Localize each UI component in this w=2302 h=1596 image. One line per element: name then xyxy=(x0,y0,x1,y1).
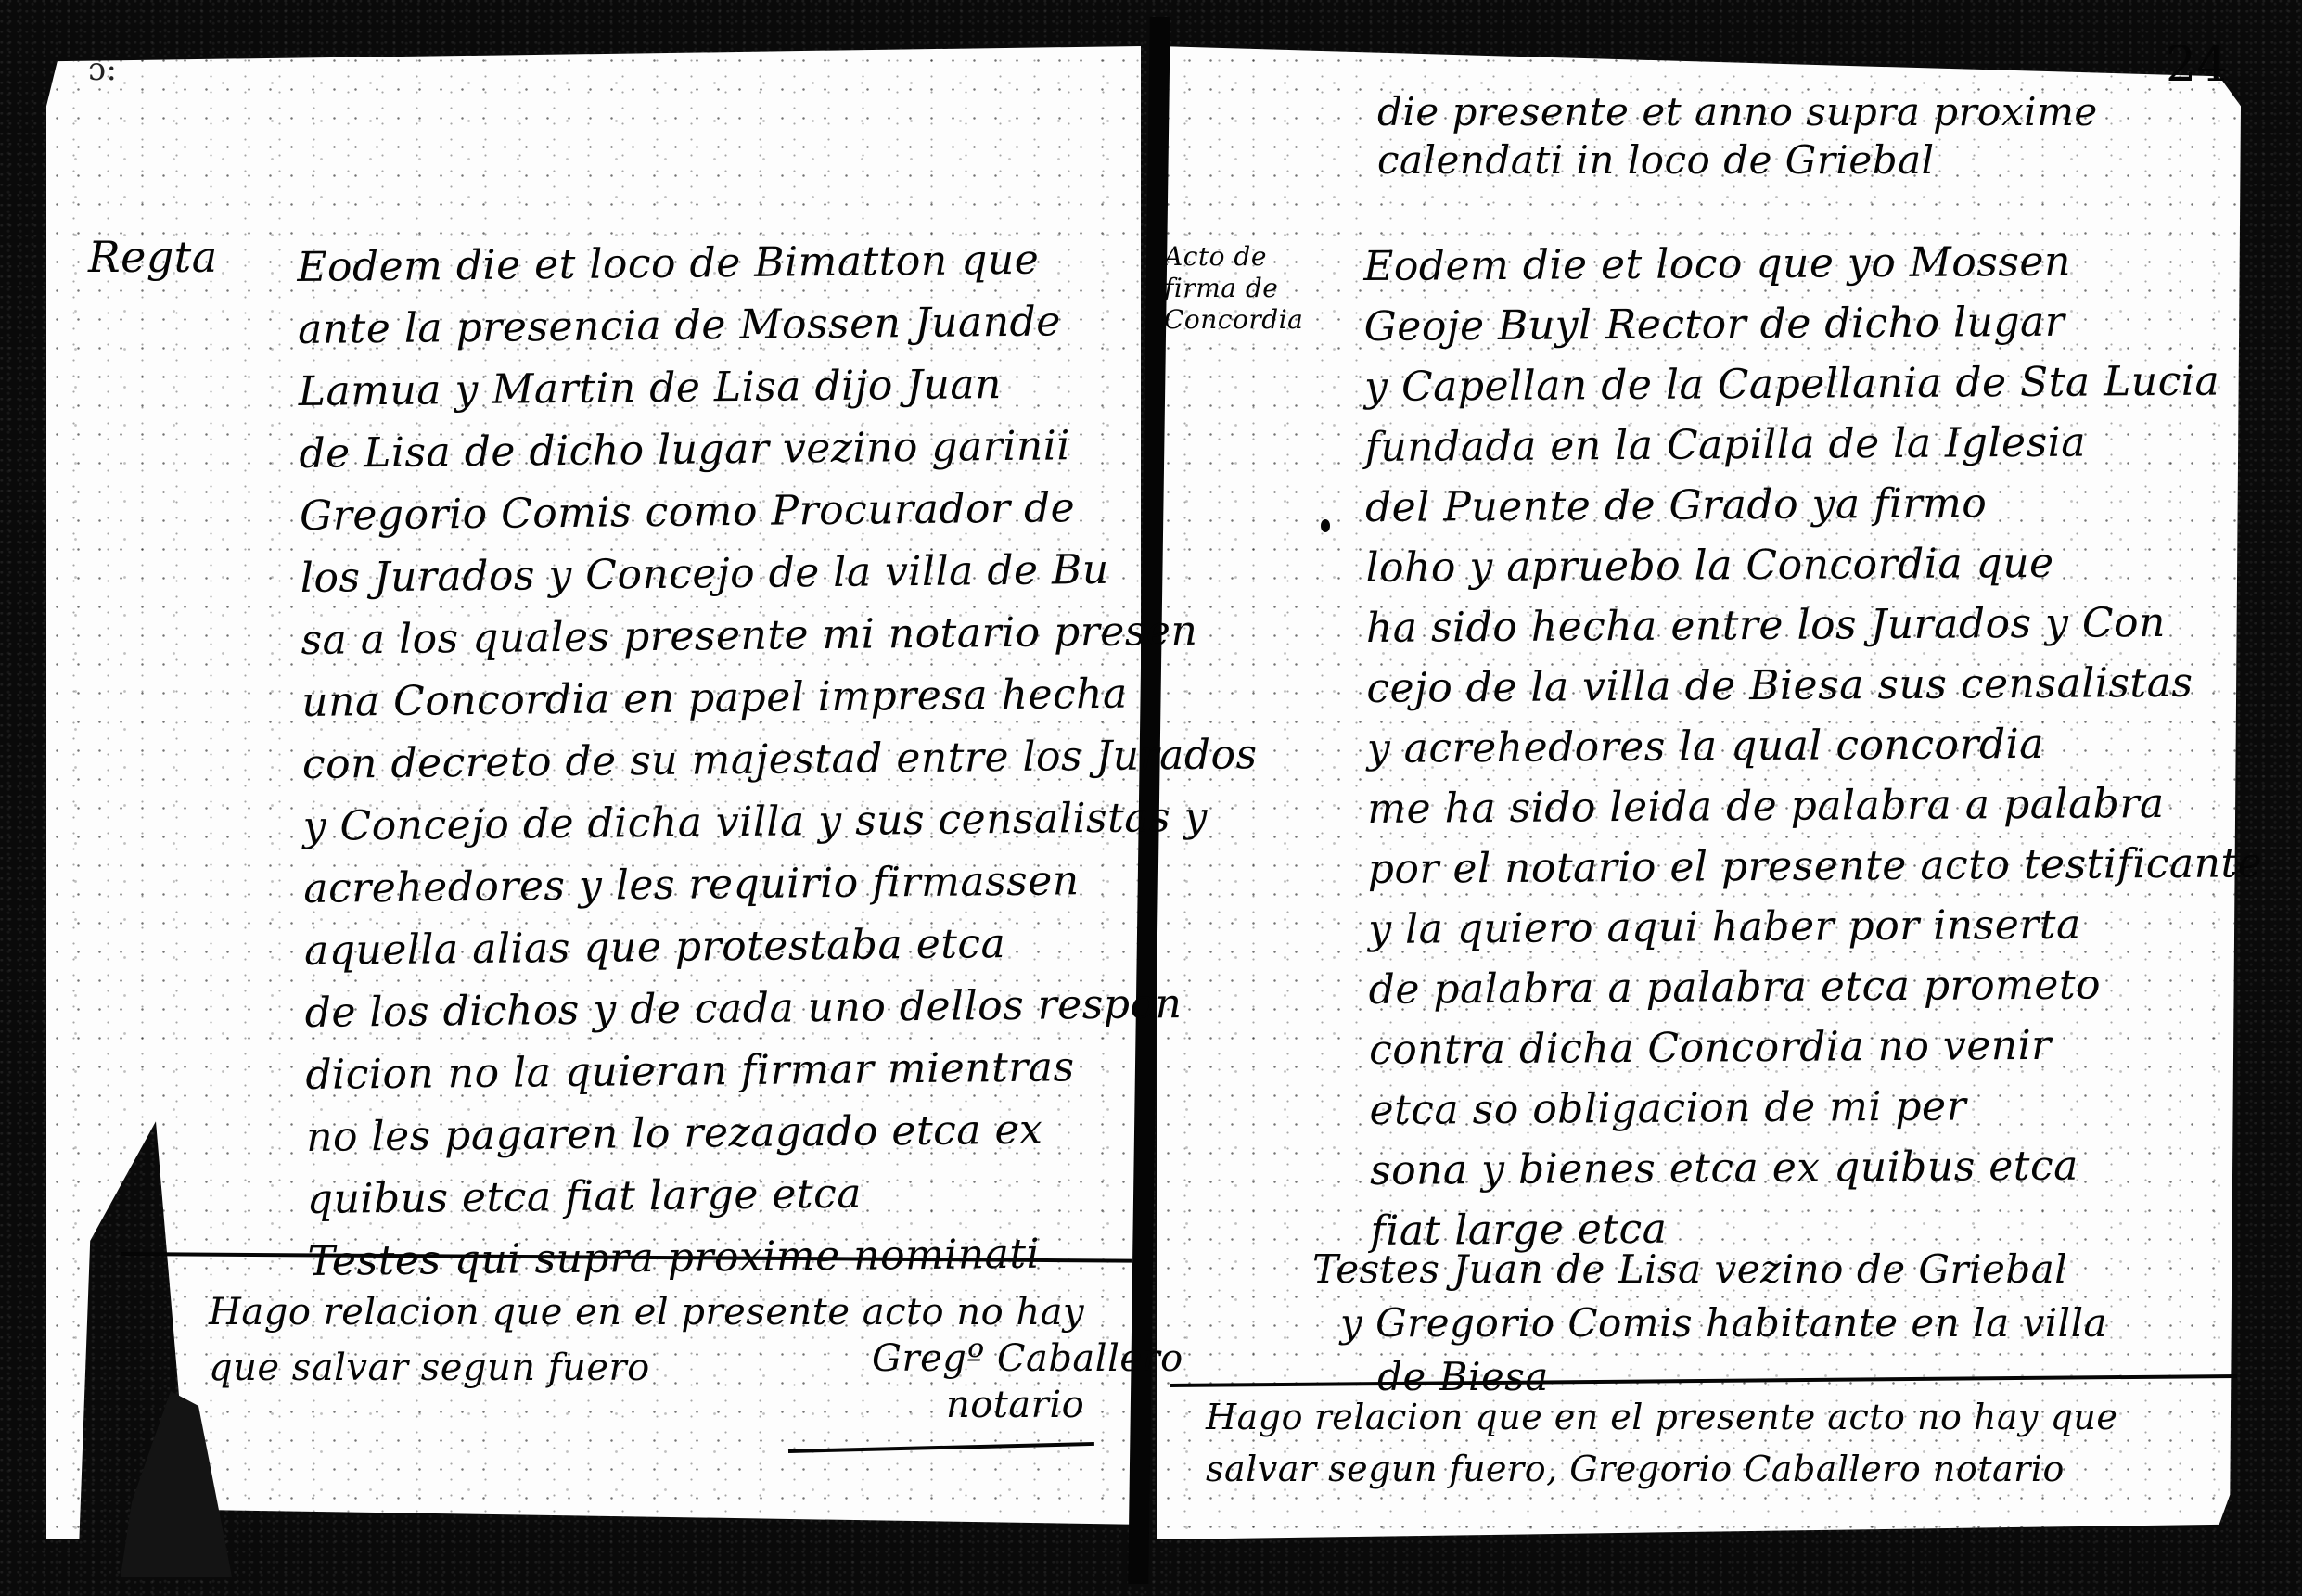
text-line: cejo de la villa de Biesa sus censalista… xyxy=(1366,652,2261,719)
ink-blot xyxy=(1321,519,1330,532)
text-line: con decreto de su majestad entre los Jur… xyxy=(302,723,1258,796)
text-line: y acrehedores la qual concordia xyxy=(1367,712,2262,779)
text-line: me ha sido leida de palabra a palabra xyxy=(1367,772,2262,839)
text-line: aquella alias que protestaba etca xyxy=(304,910,1260,982)
text-line: calendati in loco de Griebal xyxy=(1377,136,2098,185)
text-line: y Concejo de dicha villa y sus censalist… xyxy=(302,785,1258,858)
text-line: contra dicha Concordia no venir xyxy=(1369,1014,2264,1080)
text-line: Testes Juan de Lisa vezino de Griebal xyxy=(1312,1243,2107,1296)
text-line: sa a los quales presente mi notario pres… xyxy=(301,599,1256,671)
text-line: de los dichos y de cada uno dellos respo… xyxy=(304,972,1260,1044)
text-line: Acto de xyxy=(1164,241,1303,273)
text-line: Gregorio Comis como Procurador de xyxy=(300,475,1255,547)
text-line: Geoje Buyl Rector de dicho lugar xyxy=(1363,290,2258,357)
text-line: etca so obligacion de mi per xyxy=(1369,1074,2264,1141)
text-line: y Capellan de la Capellania de Sta Lucia xyxy=(1364,351,2259,417)
text-line: de Lisa de dicho lugar vezino garinii xyxy=(299,413,1254,485)
text-line: los Jurados y Concejo de la villa de Bu xyxy=(301,537,1256,609)
text-line: Hago relacion que en el presente acto no… xyxy=(209,1284,1084,1340)
left-margin-note: Regta xyxy=(88,232,218,282)
text-line: ha sido hecha entre los Jurados y Con xyxy=(1366,592,2261,658)
text-line: loho y apruebo la Concordia que xyxy=(1365,531,2260,598)
notary-signature: Gregº Caballero notario xyxy=(816,1335,1183,1428)
text-line: y Gregorio Comis habitante en la villa xyxy=(1340,1296,2107,1350)
text-line: Eodem die et loco de Bimatton que xyxy=(297,226,1252,299)
right-footer-note: Hago relacion que en el presente acto no… xyxy=(1206,1391,2117,1495)
text-line: sona y bienes etca ex quibus etca xyxy=(1370,1134,2265,1201)
corner-mark: ɔ: xyxy=(88,51,118,88)
text-line: die presente et anno supra proxime xyxy=(1377,88,2098,136)
text-line: Eodem die et loco que yo Mossen xyxy=(1363,230,2258,297)
text-line: una Concordia en papel impresa hecha xyxy=(301,661,1257,734)
left-page-body: Eodem die et loco de Bimatton que ante l… xyxy=(297,226,1263,1293)
text-line: por el notario el presente acto testific… xyxy=(1368,833,2263,900)
text-line: salvar segun fuero, Gregorio Caballero n… xyxy=(1206,1443,2117,1495)
text-line: acrehedores y les requirio firmassen xyxy=(303,848,1259,920)
text-line: no les pagaren lo rezagado etca ex xyxy=(306,1096,1261,1168)
text-line: fundada en la Capilla de la Iglesia xyxy=(1364,411,2259,478)
text-line: de palabra a palabra etca prometo xyxy=(1368,953,2263,1020)
signature-title: notario xyxy=(946,1382,1183,1428)
text-line: dicion no la quieran firmar mientras xyxy=(305,1034,1260,1106)
right-page-header: die presente et anno supra proxime calen… xyxy=(1377,88,2098,185)
text-line: Concordia xyxy=(1164,304,1303,336)
folio-number: 24 xyxy=(2166,37,2228,93)
text-line: Lamua y Martin de Lisa dijo Juan xyxy=(298,351,1253,423)
text-line: y la quiero aqui haber por inserta xyxy=(1368,893,2263,960)
text-line: quibus etca fiat large etca xyxy=(307,1158,1262,1231)
text-line: del Puente de Grado ya firmo xyxy=(1365,471,2260,538)
right-page-body: Eodem die et loco que yo Mossen Geoje Bu… xyxy=(1363,230,2265,1261)
signature-name: Gregº Caballero xyxy=(872,1335,1183,1382)
text-line: ante la presencia de Mossen Juande xyxy=(298,288,1253,361)
text-line: firma de xyxy=(1164,273,1303,304)
text-line: Hago relacion que en el presente acto no… xyxy=(1206,1391,2117,1443)
right-margin-note: Acto de firma de Concordia xyxy=(1164,241,1303,336)
